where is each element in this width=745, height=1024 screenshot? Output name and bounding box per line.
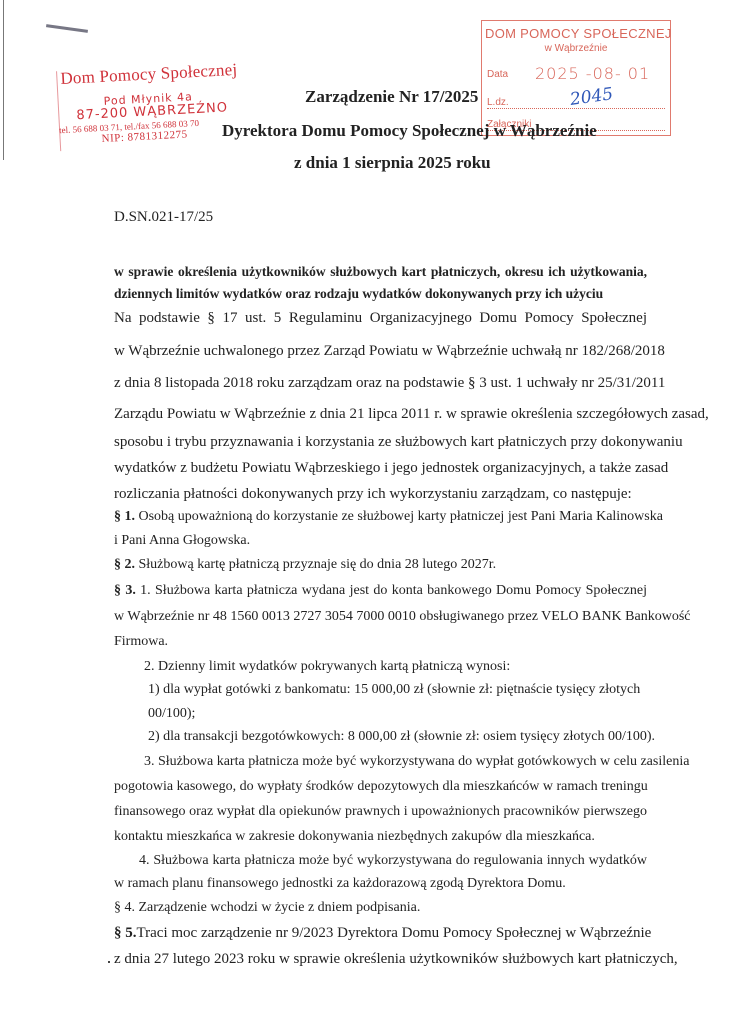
body-line: 2) dla transakcji bezgotówkowych: 8 000,…: [148, 729, 647, 745]
registry-stamp-title: DOM POMOCY SPOŁECZNEJ: [485, 26, 672, 41]
body-line: rozliczania płatności dokonywanych przy …: [114, 486, 647, 503]
scan-edge: [3, 0, 4, 160]
body-line: § 2. Służbową kartę płatniczą przyznaje …: [114, 557, 647, 573]
document-date: z dnia 1 sierpnia 2025 roku: [294, 153, 491, 173]
body-line: 2. Dzienny limit wydatków pokrywanych ka…: [144, 659, 647, 675]
body-line: § 4. Zarządzenie wchodzi w życie z dniem…: [114, 900, 647, 916]
registry-date-label: Data: [487, 69, 508, 80]
document-reference: D.SN.021-17/25: [114, 209, 213, 226]
document-page: Dom Pomocy Społecznej Pod Młynik 4a 87-2…: [0, 0, 745, 1024]
body-line: finansowego oraz wypłat dla opiekunów pr…: [114, 804, 647, 820]
body-line: Zarządu Powiatu w Wąbrzeźnie z dnia 21 l…: [114, 406, 647, 423]
registry-stamp: DOM POMOCY SPOŁECZNEJ w Wąbrzeźnie Data …: [481, 20, 671, 136]
body-line: § 1. Osobą upoważnioną do korzystanie ze…: [114, 509, 647, 525]
body-line: w ramach planu finansowego jednostki za …: [114, 876, 647, 892]
registry-date-value: 2025 -08- 01: [535, 64, 650, 83]
body-line: Firmowa.: [114, 634, 647, 650]
body-line: z dnia 27 lutego 2023 roku w sprawie okr…: [114, 951, 647, 968]
registry-stamp-subtitle: w Wąbrzeźnie: [482, 43, 670, 54]
paragraph-marker: § 1.: [114, 509, 135, 524]
body-line: pogotowia kasowego, do wypłaty środków d…: [114, 779, 647, 795]
body-line: w Wąbrzeźnie uchwalonego przez Zarząd Po…: [114, 343, 647, 360]
scan-mark: [46, 24, 88, 33]
paragraph-marker: § 2.: [114, 557, 135, 572]
stamp-institution-name: Dom Pomocy Społecznej: [60, 60, 238, 89]
body-line: i Pani Anna Głogowska.: [114, 533, 647, 549]
document-title: Zarządzenie Nr 17/2025: [305, 87, 478, 107]
body-line: kontaktu mieszkańca w zakresie dokonywan…: [114, 829, 647, 845]
scan-speck: [108, 961, 110, 963]
subject-line: w sprawie określenia użytkowników służbo…: [114, 261, 647, 283]
body-line: Na podstawie § 17 ust. 5 Regulaminu Orga…: [114, 310, 647, 327]
body-line: § 5.Traci moc zarządzenie nr 9/2023 Dyre…: [114, 925, 647, 942]
document-issuer: Dyrektora Domu Pomocy Społecznej w Wąbrz…: [222, 121, 597, 141]
body-line: 00/100);: [148, 706, 647, 722]
document-subject: w sprawie określenia użytkowników służbo…: [114, 261, 647, 305]
body-line: § 3. 1. Służbowa karta płatnicza wydana …: [114, 583, 647, 599]
paragraph-marker: § 3.: [114, 583, 136, 598]
body-line: 1) dla wypłat gotówki z bankomatu: 15 00…: [148, 682, 647, 698]
body-line: 4. Służbowa karta płatnicza może być wyk…: [139, 853, 647, 869]
body-line: 3. Służbowa karta płatnicza może być wyk…: [144, 754, 647, 770]
paragraph-marker: § 5.: [114, 925, 137, 941]
body-line: wydatków z budżetu Powiatu Wąbrzeskiego …: [114, 460, 647, 477]
body-line: z dnia 8 listopada 2018 roku zarządzam o…: [114, 375, 647, 392]
subject-line: dziennych limitów wydatków oraz rodzaju …: [114, 283, 647, 305]
body-line: sposobu i trybu przyznawania i korzystan…: [114, 434, 647, 451]
body-line: w Wąbrzeźnie nr 48 1560 0013 2727 3054 7…: [114, 609, 647, 625]
